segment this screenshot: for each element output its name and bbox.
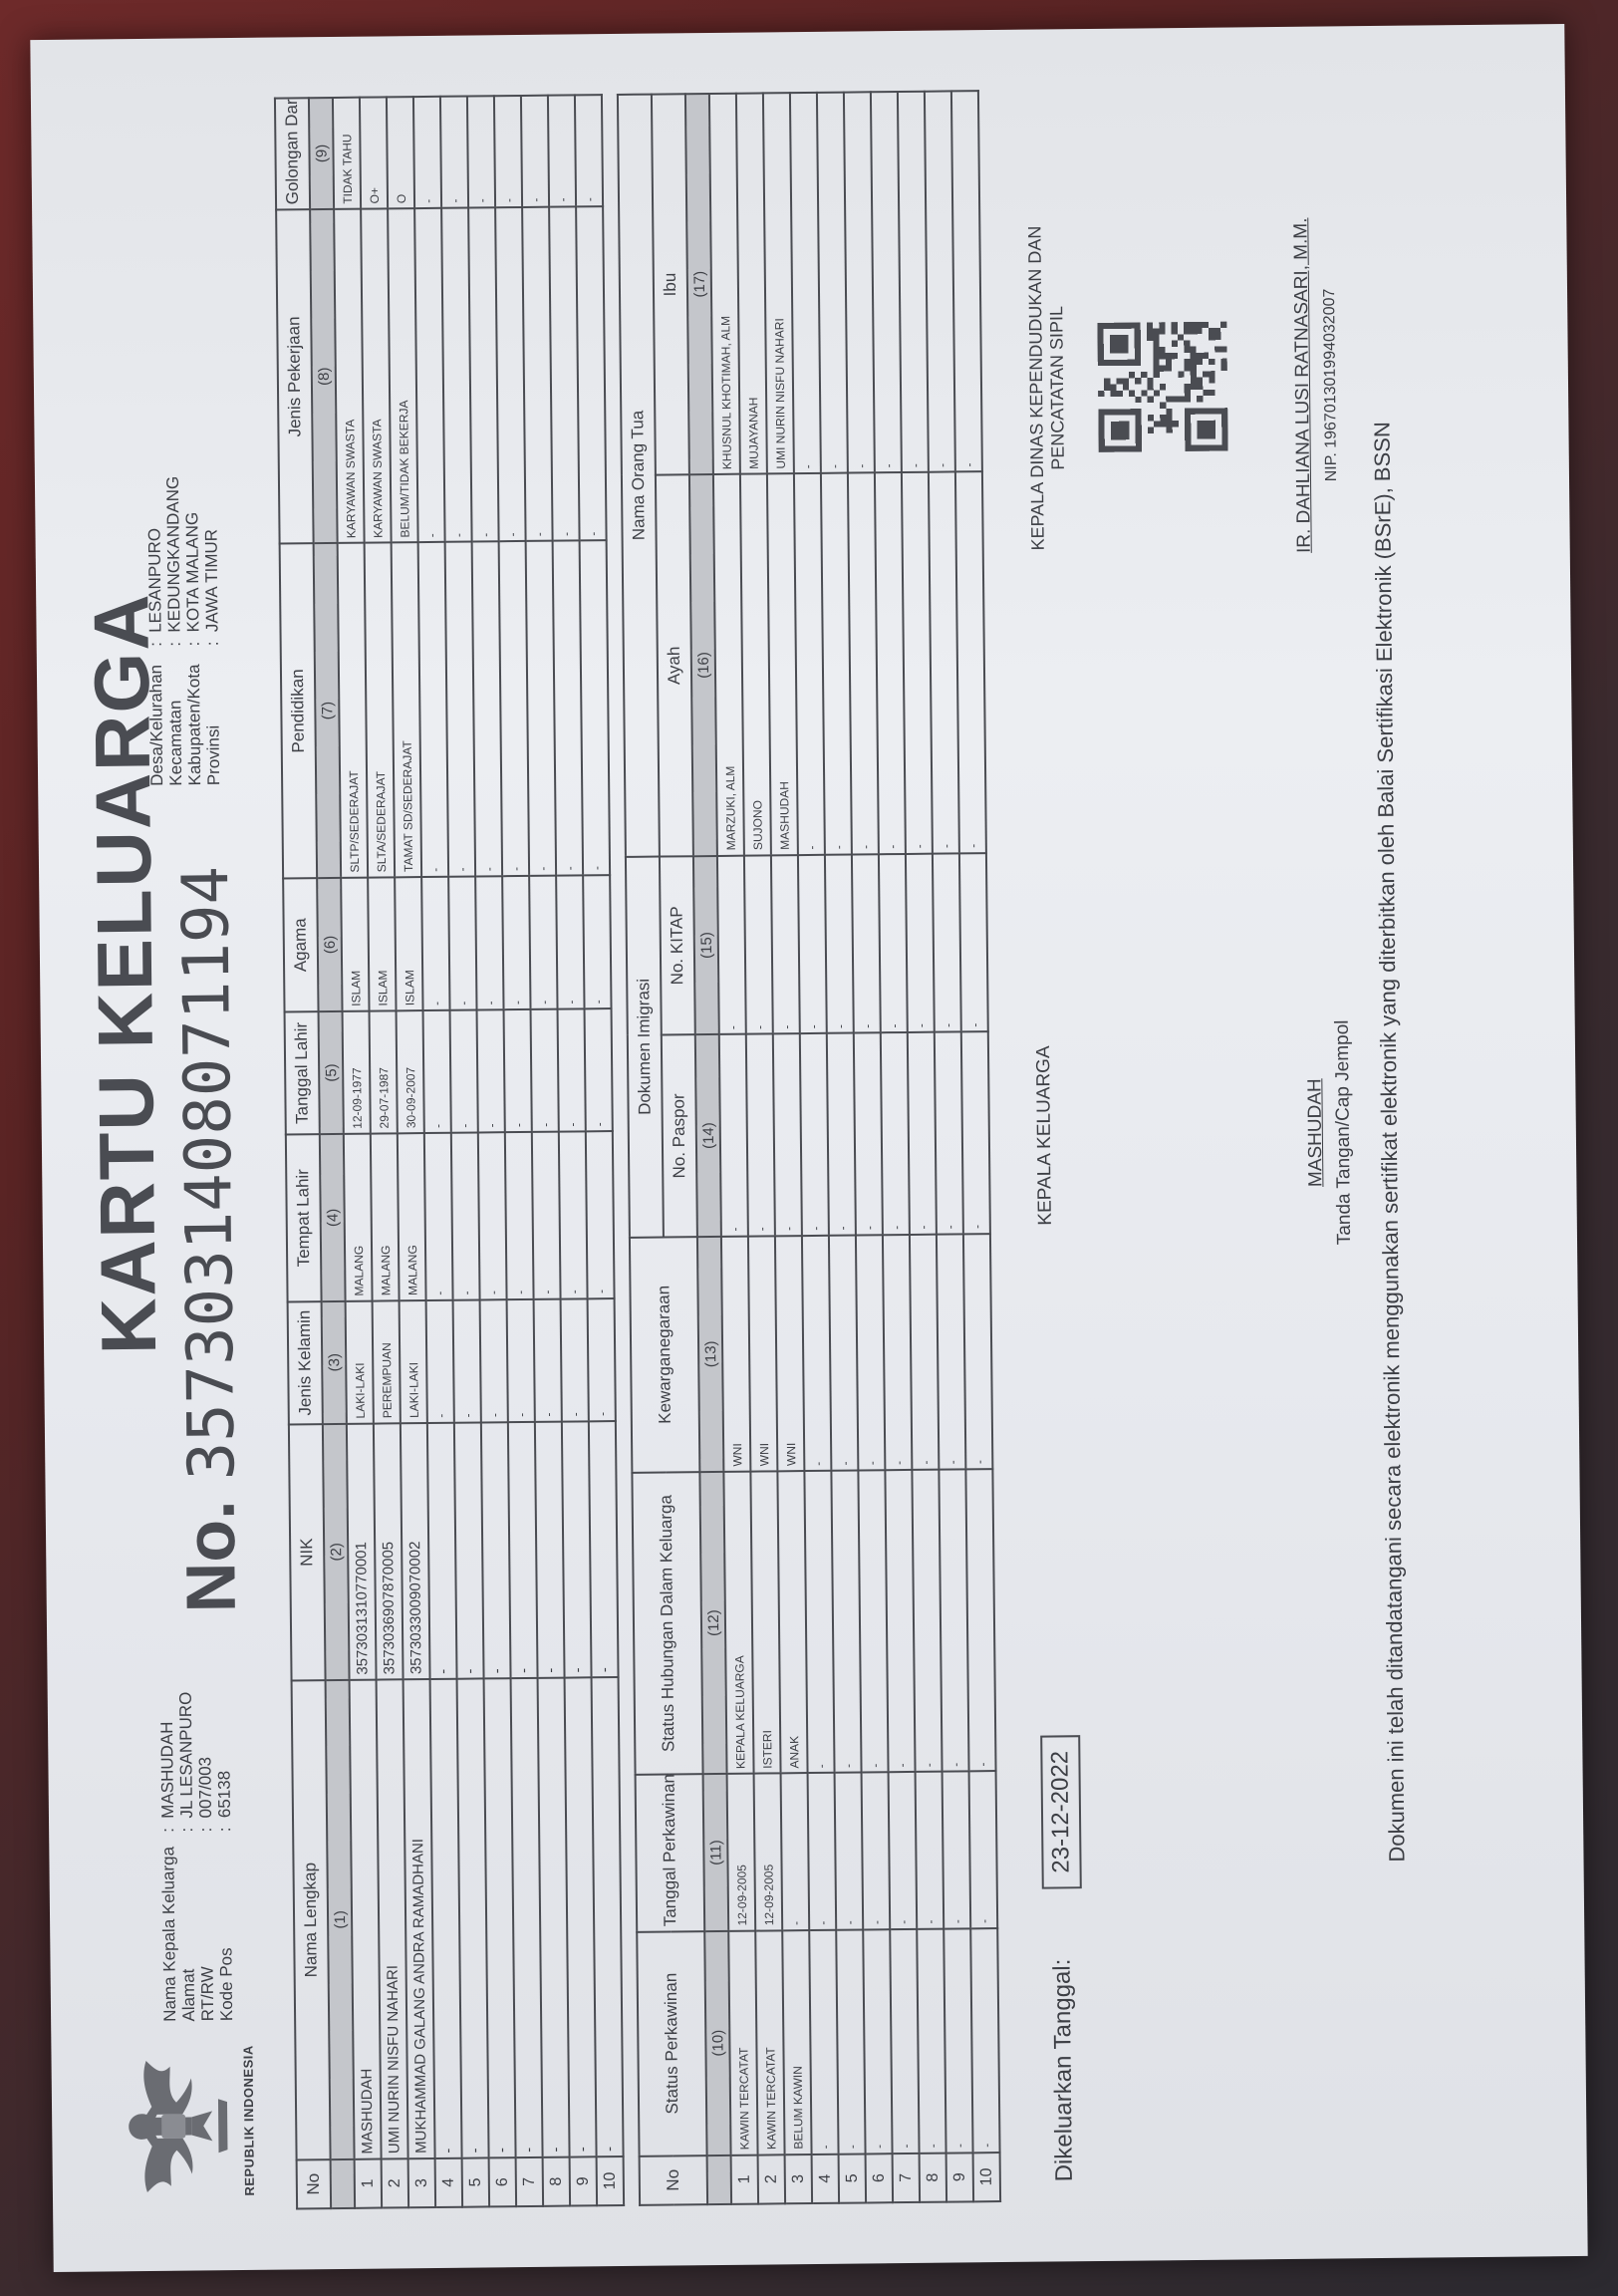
table-cell: KHUSNUL KHOTIMAH, ALM (709, 94, 740, 475)
table-cell: - (856, 1235, 885, 1470)
table-cell: KAWIN TERCATAT (728, 1930, 757, 2154)
col-header: Pendidikan (280, 544, 318, 879)
table-cell: - (906, 853, 935, 1032)
col-header-mother: Ibu (652, 94, 689, 475)
table-cell: - (441, 207, 472, 542)
column-number (707, 2154, 732, 2204)
col-header-immigration-docs: Dokumen Imigrasi (626, 856, 664, 1238)
table-cell: KARYAWAN SWASTA (334, 209, 365, 544)
table-cell: 1 (355, 2158, 383, 2207)
table-cell: - (472, 542, 503, 877)
colon: : (196, 1818, 215, 1832)
table-cell: 2 (382, 2158, 409, 2207)
table-cell: 5 (462, 2157, 490, 2206)
table-cell: - (531, 1009, 559, 1132)
col-header: Jenis Kelamin (288, 1301, 323, 1424)
table-cell: - (468, 207, 499, 542)
table-cell: - (937, 1234, 965, 1469)
table-cell: - (499, 541, 530, 876)
table-cell: - (588, 1298, 616, 1421)
header-left-row: Kode Pos:65138 (214, 1691, 236, 2021)
table-cell: - (467, 96, 495, 207)
column-number: (9) (309, 98, 334, 209)
member-table: NoNama LengkapNIKJenis KelaminTempat Lah… (274, 94, 625, 2209)
header-right-row: Provinsi:JAWA TIMUR (201, 475, 223, 785)
table-cell: - (848, 473, 879, 854)
table-cell: - (959, 853, 988, 1032)
table-cell: 6 (866, 2153, 894, 2203)
colon: : (215, 1818, 234, 1832)
table-cell: - (532, 1132, 561, 1299)
table-cell: - (829, 1235, 858, 1470)
table-cell: - (494, 96, 522, 207)
table-cell: - (902, 472, 933, 853)
table-cell: - (798, 854, 827, 1033)
col-header: Agama (283, 878, 318, 1012)
table-cell: - (592, 1677, 624, 2156)
electronic-signature-note: Dokumen ini telah ditandatangani secara … (1366, 86, 1414, 2198)
table-cell: KEPALA KELUARGA (723, 1471, 753, 1774)
table-cell: - (589, 1421, 619, 1677)
table-cell: O (387, 97, 414, 208)
table-cell: - (580, 540, 611, 875)
table-cell: - (854, 1033, 883, 1236)
colon: : (184, 632, 203, 646)
issue-date-label: Dikeluarkan Tanggal: (1049, 1959, 1079, 2182)
table-cell: MUJAYANAH (736, 93, 767, 474)
col-header-family-relation: Status Hubungan Dalam Keluarga (632, 1472, 702, 1775)
table-cell: - (871, 92, 902, 473)
table-cell: - (413, 97, 441, 208)
table-cell: - (526, 541, 557, 876)
table-cell: 12-09-1977 (343, 1011, 371, 1134)
emblem-caption: REPUBLIK INDONESIA (240, 2031, 257, 2210)
table-cell: SLTA/SEDERAJAT (365, 543, 396, 878)
table-cell: 9 (946, 2152, 974, 2202)
table-cell: - (925, 91, 955, 472)
column-number (331, 2159, 356, 2208)
col-header-passport: No. Paspor (662, 1035, 697, 1238)
table-cell: KARYAWAN SWASTA (361, 208, 392, 543)
header-left-row: Alamat:JL LESANPURO (176, 1692, 198, 2022)
table-cell: - (495, 207, 526, 542)
table-cell: - (881, 1032, 910, 1235)
colon: : (165, 633, 184, 647)
table-cell: TIDAK TAHU (333, 98, 361, 209)
table-cell: - (576, 206, 607, 541)
table-cell: MASHUDAH (767, 473, 798, 854)
colon: : (177, 1818, 196, 1832)
table-cell: 8 (920, 2152, 947, 2202)
table-cell: 7 (516, 2157, 544, 2206)
col-header-father: Ayah (656, 475, 693, 857)
table-cell: - (794, 473, 825, 854)
header-left-label: Kode Pos (215, 1832, 236, 2021)
col-header: Jenis Pekerjaan (276, 209, 314, 544)
col-header-kitap: No. KITAP (660, 856, 695, 1035)
table-cell: - (445, 542, 476, 877)
table-cell: - (835, 1773, 864, 1930)
issue-date-value: 23-12-2022 (1040, 1735, 1082, 1889)
header-right-value: LESANPURO (144, 528, 164, 633)
header-left-info: Nama Kepala Keluarga:MASHUDAHAlamat:JL L… (157, 1691, 236, 2022)
header-right-info: Desa/Kelurahan:LESANPUROKecamatan:KEDUNG… (144, 475, 223, 786)
header-right-value: JAWA TIMUR (201, 529, 221, 632)
table-cell: 3573031310770001 (347, 1423, 377, 1679)
table-cell: - (421, 877, 449, 1010)
table-cell: 10 (973, 2152, 1001, 2202)
table-cell: 30-09-2007 (397, 1010, 424, 1133)
table-cell: - (481, 1422, 511, 1678)
table-cell: - (889, 1772, 918, 1929)
header-right-value: KEDUNGKANDANG (163, 476, 184, 633)
table-cell: - (475, 876, 503, 1009)
table-cell: - (809, 1929, 838, 2153)
header-right-label: Kabupaten/Kota (184, 646, 204, 785)
table-cell: - (440, 97, 468, 208)
col-header: Golongan Darah (275, 98, 310, 209)
column-number: (3) (322, 1301, 347, 1424)
table-cell: - (508, 1422, 538, 1678)
table-cell: - (963, 1234, 992, 1469)
table-cell: - (800, 1033, 829, 1236)
table-cell: - (890, 1929, 919, 2153)
col-header: NIK (289, 1424, 326, 1681)
table-cell: - (883, 1235, 912, 1470)
table-cell: - (505, 1132, 534, 1299)
column-number: (5) (319, 1011, 344, 1134)
header-left-label: RT/RW (196, 1832, 217, 2021)
header-left-value: JL LESANPURO (176, 1692, 196, 1819)
qr-code-icon (1097, 322, 1227, 452)
col-header: Tanggal Lahir (285, 1011, 320, 1134)
header-left-value: 007/003 (195, 1757, 215, 1819)
table-cell: - (478, 1132, 507, 1299)
column-number: (14) (695, 1034, 721, 1237)
table-cell: - (955, 471, 986, 852)
table-cell: - (502, 876, 530, 1009)
table-cell: - (863, 1929, 892, 2153)
colon: : (158, 1819, 177, 1833)
table-cell: - (719, 1034, 748, 1237)
table-cell: - (910, 1234, 939, 1469)
table-cell: 29-07-1987 (370, 1010, 398, 1133)
table-cell: 12-09-2005 (727, 1774, 756, 1931)
table-cell: - (804, 1471, 834, 1774)
table-cell: - (418, 542, 449, 877)
table-cell: - (771, 855, 800, 1034)
table-cell: - (844, 92, 875, 473)
table-cell: - (961, 1032, 990, 1235)
table-cell: - (562, 1421, 592, 1677)
table-cell: - (454, 1422, 484, 1678)
table-cell: - (717, 855, 746, 1034)
table-cell: SUJONO (740, 474, 771, 855)
table-cell: MARZUKI, ALM (713, 474, 744, 855)
table-cell: - (583, 875, 611, 1008)
table-cell: MALANG (371, 1133, 400, 1300)
colon: : (146, 633, 165, 647)
table-cell: - (480, 1299, 508, 1422)
table-cell: SLTP/SEDERAJAT (338, 543, 369, 878)
table-cell: - (549, 206, 580, 541)
table-cell: - (858, 1470, 888, 1773)
table-cell: - (831, 1470, 861, 1773)
table-cell: 3 (408, 2158, 436, 2207)
table-cell: 8 (543, 2156, 571, 2205)
table-cell: - (453, 1299, 481, 1422)
column-number: (4) (320, 1134, 346, 1301)
table-cell: - (827, 1033, 856, 1236)
table-cell: - (917, 1928, 945, 2152)
document-footer: Dikeluarkan Tanggal: 23-12-2022 KEPALA K… (993, 86, 1434, 2202)
column-number: (15) (693, 855, 719, 1034)
table-cell: 10 (597, 2156, 625, 2205)
table-cell: - (451, 1133, 480, 1300)
table-cell: ISLAM (368, 877, 396, 1010)
column-number: (6) (317, 878, 342, 1011)
table-cell: - (558, 1008, 586, 1131)
table-cell: 1 (731, 2154, 759, 2204)
header-right-value: KOTA MALANG (182, 512, 202, 633)
table-cell: - (939, 1469, 968, 1772)
table-cell: - (559, 1131, 588, 1298)
table-cell: - (836, 1929, 865, 2153)
header-left-value: MASHUDAH (157, 1721, 177, 1818)
table-cell: - (744, 855, 773, 1034)
table-cell: - (898, 92, 929, 473)
colon: : (203, 632, 222, 646)
column-number: (13) (697, 1237, 723, 1472)
official-name: IR. DAHLIANA LUSI RATNASARI, M.M. (1289, 127, 1316, 645)
table-cell: - (944, 1928, 972, 2152)
table-cell: - (951, 91, 982, 472)
table-cell: - (773, 1033, 802, 1236)
table-cell: LAKI-LAKI (346, 1300, 374, 1423)
table-cell: - (522, 207, 553, 542)
table-cell: - (969, 1771, 998, 1928)
office-title-line2: PENCATATAN SIPIL (1044, 129, 1070, 647)
table-cell: ISLAM (395, 877, 422, 1010)
table-cell: - (424, 1133, 453, 1300)
table-cell: 3 (785, 2154, 813, 2204)
table-cell: - (575, 95, 603, 206)
table-cell: - (504, 1009, 532, 1132)
table-cell: - (414, 208, 445, 543)
col-header: Nama Lengkap (292, 1680, 331, 2159)
status-table: No Status Perkawinan Tanggal Perkawinan … (617, 90, 1001, 2206)
table-cell: 9 (570, 2156, 598, 2205)
table-cell: - (879, 854, 908, 1033)
table-cell: - (970, 1928, 999, 2152)
table-cell: - (943, 1772, 971, 1929)
table-cell: 4 (435, 2158, 463, 2207)
col-header-no: No (640, 2155, 708, 2205)
table-cell: - (781, 1773, 810, 1930)
header-left-label: Alamat (177, 1832, 198, 2021)
head-of-family-name: MASHUDAH (1303, 934, 1329, 1332)
table-cell: - (427, 1423, 457, 1679)
garuda-emblem-icon (101, 2051, 252, 2202)
header-right-label: Kecamatan (165, 647, 185, 786)
header-left-value: 65138 (215, 1771, 234, 1818)
table-cell: - (929, 472, 959, 853)
table-cell: - (933, 853, 961, 1032)
table-cell: - (534, 1298, 562, 1421)
table-cell: - (965, 1469, 995, 1772)
col-header: No (297, 2159, 332, 2209)
table-cell: - (561, 1298, 589, 1421)
table-cell: MALANG (344, 1134, 373, 1301)
table-cell: - (423, 1010, 451, 1133)
column-number: (7) (314, 543, 342, 878)
table-cell: - (852, 854, 881, 1033)
table-cell: - (916, 1772, 944, 1929)
table-cell: - (521, 96, 549, 207)
table-cell: 5 (839, 2153, 867, 2203)
column-number: (10) (704, 1931, 730, 2155)
table-cell: - (556, 875, 584, 1008)
table-cell: ISTERI (750, 1471, 780, 1774)
table-cell: O+ (360, 97, 388, 208)
table-cell: WNI (748, 1236, 777, 1471)
family-card-sheet: REPUBLIK INDONESIA Nama Kepala Keluarga:… (30, 24, 1587, 2272)
header-right-label: Provinsi (203, 646, 223, 785)
table-cell: PEREMPUAN (373, 1300, 401, 1423)
header-right-row: Kabupaten/Kota:KOTA MALANG (182, 476, 204, 786)
card-number-value: 3573031408071194 (169, 866, 249, 1481)
table-cell: 2 (758, 2154, 786, 2204)
table-cell: - (746, 1034, 775, 1237)
table-cell: - (908, 1032, 937, 1235)
table-cell: - (448, 876, 476, 1009)
table-cell: - (477, 1009, 505, 1132)
head-of-family-signature: KEPALA KELUARGA MASHUDAH Tanda Tangan/Ca… (1032, 933, 1357, 1334)
table-cell: UMI NURIN NISFU NAHARI (763, 93, 794, 474)
col-header-marital-status: Status Perkawinan (637, 1931, 706, 2156)
table-cell: - (585, 1008, 613, 1131)
table-cell: - (875, 472, 906, 853)
table-cell: WNI (775, 1236, 804, 1471)
table-cell: - (935, 1032, 963, 1235)
card-number-prefix: No. (171, 1500, 250, 1613)
document-header: REPUBLIK INDONESIA Nama Kepala Keluarga:… (71, 98, 292, 2212)
table-cell: - (507, 1299, 535, 1422)
table-cell: - (426, 1300, 454, 1423)
table-cell: ISLAM (341, 877, 369, 1010)
official-nip: NIP. 196701301994032007 (1319, 126, 1342, 644)
table-cell: - (548, 95, 576, 206)
table-cell: KAWIN TERCATAT (755, 1930, 784, 2154)
table-cell: - (790, 93, 821, 474)
header-right-label: Desa/Kelurahan (146, 647, 166, 786)
table-cell: 12-09-2005 (754, 1774, 783, 1931)
col-header: Tempat Lahir (286, 1134, 322, 1301)
table-cell: - (529, 875, 557, 1008)
table-cell: 7 (893, 2152, 921, 2202)
table-cell: - (535, 1421, 565, 1677)
table-cell: 3573033009070002 (401, 1423, 430, 1679)
table-cell: WNI (721, 1236, 750, 1471)
column-number: (12) (699, 1472, 726, 1775)
table-cell: ANAK (777, 1471, 807, 1774)
table-cell: 4 (812, 2153, 840, 2203)
col-header-citizenship: Kewarganegaraan (630, 1237, 699, 1473)
table-cell: MALANG (398, 1133, 426, 1300)
table-cell: 6 (489, 2157, 517, 2206)
table-cell: BELUM KAWIN (782, 1930, 811, 2154)
table-cell: - (825, 854, 854, 1033)
table-cell: - (586, 1131, 615, 1298)
table-cell: - (885, 1470, 915, 1773)
table-cell: - (802, 1236, 831, 1471)
table-cell: BELUM/TIDAK BEKERJA (388, 208, 418, 543)
table-cell: - (553, 541, 584, 876)
official-signature: KEPALA DINAS KEPENDUDUKAN DAN PENCATATAN… (1023, 126, 1342, 647)
table-cell: 3573036907870005 (374, 1423, 404, 1679)
header-left-label: Nama Kepala Keluarga (158, 1833, 179, 2022)
column-number: (8) (310, 209, 338, 544)
column-number: (11) (703, 1774, 729, 1931)
col-header-marriage-date: Tanggal Perkawinan (636, 1774, 705, 1931)
table-cell: - (821, 473, 852, 854)
table-cell: - (912, 1469, 942, 1772)
column-number: (2) (323, 1424, 350, 1680)
table-cell: - (808, 1773, 837, 1930)
table-cell: - (450, 1010, 478, 1133)
signature-caption: Tanda Tangan/Cap Jempol (1331, 933, 1357, 1331)
issue-date-block: Dikeluarkan Tanggal: 23-12-2022 (1040, 1735, 1085, 2182)
table-cell: - (862, 1773, 891, 1930)
table-cell: LAKI-LAKI (400, 1300, 427, 1423)
table-cell: TAMAT SD/SEDERAJAT (392, 542, 422, 877)
table-cell: - (817, 93, 848, 474)
head-of-family-title: KEPALA KELUARGA (1032, 936, 1058, 1334)
